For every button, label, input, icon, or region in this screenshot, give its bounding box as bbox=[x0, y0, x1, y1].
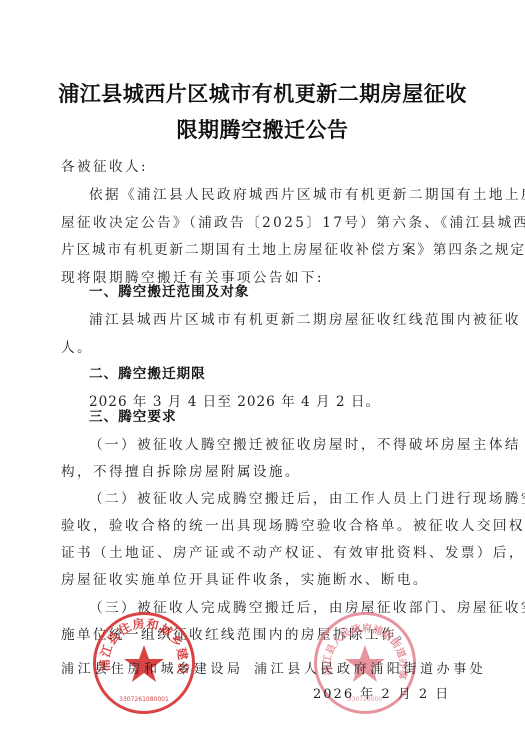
signature-housing-bureau: 浦江县住房和城乡建设局 bbox=[61, 658, 244, 677]
salutation: 各被征收人: bbox=[61, 155, 148, 175]
section-heading-requirements: 三、腾空要求 bbox=[89, 405, 177, 425]
section-heading-period: 二、腾空搬迁期限 bbox=[89, 362, 206, 382]
document-title-line2: 限期腾空搬迁公告 bbox=[0, 114, 525, 144]
signature-date: 2026 年 2 月 2 日 bbox=[313, 683, 450, 702]
section-text: 人。 bbox=[61, 336, 93, 356]
section-heading-scope: 一、腾空搬迁范围及对象 bbox=[89, 280, 250, 300]
requirement-line: 验收，验收合格的统一出具现场腾空验收合格单。被征收人交回权利 bbox=[61, 514, 525, 534]
requirement-line: （一）被征收人腾空搬迁被征收房屋时，不得破坏房屋主体结 bbox=[89, 433, 521, 453]
requirement-line: 构，不得擅自拆除房屋附属设施。 bbox=[61, 460, 301, 480]
requirement-line: 证书（土地证、房产证或不动产权证、有效审批资料、发票）后，由 bbox=[61, 541, 525, 561]
section-text: 浦江县城西片区城市有机更新二期房屋征收红线范围内被征收 bbox=[89, 308, 521, 328]
requirement-line: （二）被征收人完成腾空搬迁后，由工作人员上门进行现场腾空 bbox=[89, 487, 525, 507]
requirement-line: 房屋征收实施单位开具证件收条，实施断水、断电。 bbox=[61, 568, 429, 588]
intro-line: 依据《浦江县人民政府城西片区城市有机更新二期国有土地上房 bbox=[89, 183, 525, 203]
document-title-line1: 浦江县城西片区城市有机更新二期房屋征收 bbox=[0, 78, 525, 108]
signature-street-office: 浦江县人民政府浦阳街道办事处 bbox=[254, 658, 486, 677]
intro-line: 屋征收决定公告》（浦政告〔2025〕17号）第六条、《浦江县城西 bbox=[61, 211, 525, 231]
svg-text:3307261080001: 3307261080001 bbox=[119, 696, 169, 703]
intro-line: 片区城市有机更新二期国有土地上房屋征收补偿方案》第四条之规定, bbox=[61, 238, 525, 258]
